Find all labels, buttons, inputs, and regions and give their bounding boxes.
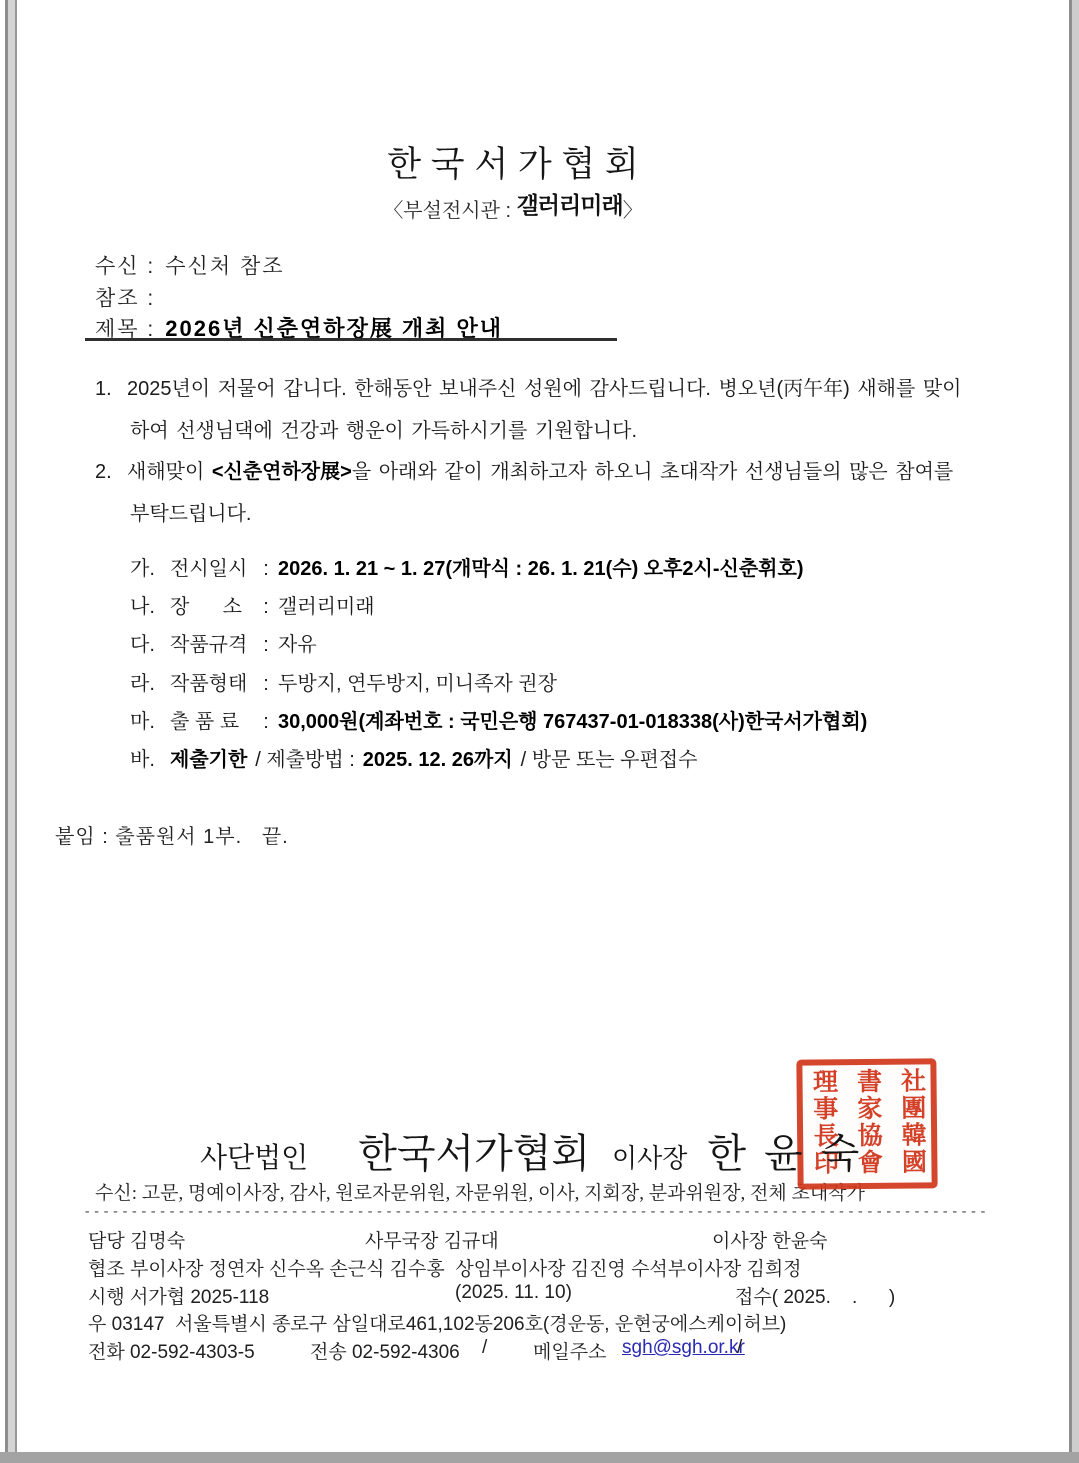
paragraph-2-line-1: 2.새해맞이 <신춘연하장展>을 아래와 같이 개최하고자 하오니 초대작가 선… bbox=[95, 455, 953, 484]
scan-edge-right-band bbox=[1072, 0, 1079, 1463]
annex-gallery-line: 〈부설전시관 : 갤러리미래〉 bbox=[0, 191, 1026, 224]
footer-cooperation: 협조 부이사장 정연자 신수옥 손근식 김수홍 상임부이사장 김진영 수석부이사… bbox=[88, 1254, 802, 1281]
row-colon: : bbox=[254, 596, 278, 619]
footer-doc-number: 시행 서가협 2025-118 bbox=[88, 1282, 269, 1309]
detail-row-deadline: 바.제출기한/ 제출방법 :2025. 12. 26까지/ 방문 또는 우편접수 bbox=[130, 743, 705, 772]
artwork-form-value: 두방지, 연두방지, 미니족자 권장 bbox=[278, 673, 557, 695]
row-marker: 라. bbox=[130, 667, 170, 696]
row-colon: : bbox=[254, 558, 278, 581]
subject-underline bbox=[85, 338, 617, 341]
president-title: 이사장 bbox=[612, 1144, 687, 1173]
deadline-mid-label: / 제출방법 : bbox=[255, 749, 355, 771]
row-marker: 마. bbox=[130, 705, 170, 734]
detail-row-entry-fee: 마.출 품 료:30,000원(계좌번호 : 국민은행 767437-01-01… bbox=[130, 705, 867, 734]
scanned-letter-page: 한 국 서 가 협 회 〈부설전시관 : 갤러리미래〉 수신 :수신처 참조 참… bbox=[0, 0, 1079, 1463]
row-label: 작품규격 bbox=[170, 628, 254, 657]
row-label: 출 품 료 bbox=[170, 705, 254, 734]
footer-address: 우 03147 서울특별시 종로구 삼일대로461,102동206호(경운동, … bbox=[88, 1309, 786, 1336]
footer-mail-label: 메일주소 bbox=[533, 1337, 606, 1364]
footer-trailing-slash: / bbox=[737, 1337, 742, 1359]
annex-label: 〈부설전시관 : bbox=[383, 200, 516, 222]
footer-president: 이사장 한윤숙 bbox=[712, 1226, 827, 1253]
recipient-label: 수신 : bbox=[95, 255, 155, 278]
detail-row-artwork-form: 라.작품형태:두방지, 연두방지, 미니족자 권장 bbox=[130, 667, 557, 696]
detail-row-exhibition-date: 가.전시일시:2026. 1. 21 ~ 1. 27(개막식 : 26. 1. … bbox=[130, 552, 803, 581]
recipient-value: 수신처 참조 bbox=[165, 255, 284, 278]
president-name: 한 윤 숙 bbox=[707, 1131, 863, 1176]
paragraph-1-number: 1. bbox=[95, 378, 127, 401]
gallery-mirae-logo: 갤러리미래 bbox=[517, 187, 623, 220]
dashed-divider: ----------------------------------------… bbox=[83, 1204, 988, 1220]
exhibition-date-value: 2026. 1. 21 ~ 1. 27(개막식 : 26. 1. 21(수) 오… bbox=[278, 558, 803, 580]
footer-manager: 담당 김명숙 bbox=[88, 1226, 185, 1253]
deadline-date-bold: 2025. 12. 26까지 bbox=[363, 749, 513, 771]
venue-value: 갤러리미래 bbox=[278, 596, 375, 618]
entry-fee-value: 30,000원(계좌번호 : 국민은행 767437-01-018338(사)한… bbox=[278, 711, 867, 733]
footer-telephone: 전화 02-592-4303-5 bbox=[88, 1337, 255, 1364]
detail-row-artwork-size: 다.작품규격:자유 bbox=[130, 628, 317, 657]
org-type: 사단법인 bbox=[200, 1143, 308, 1174]
artwork-size-value: 자유 bbox=[278, 634, 317, 656]
paragraph-2-post: 을 아래와 같이 개최하고자 하오니 초대작가 선생님들의 많은 참여를 bbox=[352, 461, 953, 483]
footer-email-link[interactable]: sgh@sgh.or.kr bbox=[622, 1337, 745, 1359]
paragraph-1-text: 2025년이 저물어 갑니다. 한해동안 보내주신 성원에 감사드립니다. 병오… bbox=[127, 378, 962, 400]
paragraph-1-line-2: 하여 선생님댁에 건강과 행운이 가득하시기를 기원합니다. bbox=[130, 414, 637, 443]
row-marker: 바. bbox=[130, 743, 170, 772]
org-name: 한국서가협회 bbox=[358, 1131, 590, 1176]
footer-receipt: 접수( 2025. . ) bbox=[735, 1282, 895, 1309]
distribution-list: 수신: 고문, 명예이사장, 감사, 원로자문위원, 자문위원, 이사, 지회장… bbox=[95, 1178, 865, 1205]
annex-closing-bracket: 〉 bbox=[623, 200, 643, 222]
footer-secretary-general: 사무국장 김규대 bbox=[365, 1226, 499, 1253]
footer-doc-date: (2025. 11. 10) bbox=[455, 1282, 572, 1304]
row-label: 전시일시 bbox=[170, 552, 254, 581]
footer-fax: 전송 02-592-4306 bbox=[310, 1337, 460, 1364]
signature-line: 사단법인한국서가협회이사장한 윤 숙 bbox=[200, 1122, 960, 1176]
row-colon: : bbox=[254, 634, 278, 657]
cc-line: 참조 : bbox=[95, 282, 155, 312]
row-marker: 가. bbox=[130, 552, 170, 581]
scan-edge-bottom bbox=[0, 1452, 1079, 1463]
paragraph-1-line-1: 1.2025년이 저물어 갑니다. 한해동안 보내주신 성원에 감사드립니다. … bbox=[95, 372, 962, 401]
deadline-method: / 방문 또는 우편접수 bbox=[521, 749, 698, 771]
row-label: 작품형태 bbox=[170, 667, 254, 696]
org-title: 한 국 서 가 협 회 bbox=[0, 146, 1026, 184]
deadline-label-bold: 제출기한 bbox=[170, 749, 247, 771]
row-colon: : bbox=[254, 711, 278, 734]
paragraph-2-number: 2. bbox=[95, 461, 127, 484]
paragraph-2-line-2: 부탁드립니다. bbox=[130, 497, 251, 526]
cc-label: 참조 : bbox=[95, 287, 155, 310]
exhibition-name-bold: <신춘연하장展> bbox=[212, 461, 352, 483]
attachment-line: 붙임 : 출품원서 1부. 끝. bbox=[55, 820, 289, 849]
detail-row-venue: 나.장 소:갤러리미래 bbox=[130, 590, 375, 619]
row-marker: 다. bbox=[130, 628, 170, 657]
paragraph-2-pre: 새해맞이 bbox=[127, 461, 212, 483]
row-marker: 나. bbox=[130, 590, 170, 619]
footer-slash: / bbox=[482, 1337, 487, 1359]
paragraph-2-text-cont: 부탁드립니다. bbox=[130, 503, 251, 525]
row-colon: : bbox=[254, 673, 278, 696]
paragraph-1-text-cont: 하여 선생님댁에 건강과 행운이 가득하시기를 기원합니다. bbox=[130, 420, 637, 442]
row-label: 장 소 bbox=[170, 590, 254, 619]
recipient-line: 수신 :수신처 참조 bbox=[95, 250, 285, 280]
